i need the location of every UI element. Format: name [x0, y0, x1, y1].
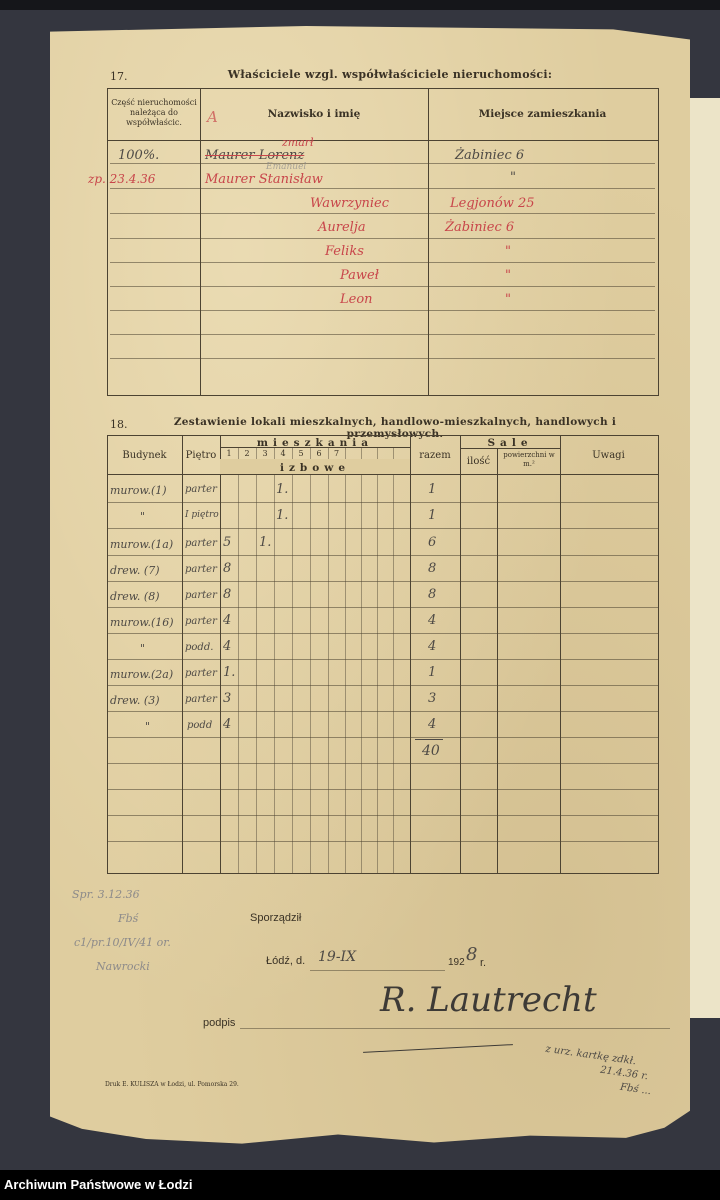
- owner-name-note: Emanuel: [266, 162, 306, 172]
- owner-residence: ": [505, 268, 511, 283]
- owner-name: Paweł: [340, 268, 379, 283]
- row-line: [107, 528, 658, 529]
- row-building: drew. (8): [110, 590, 160, 603]
- col-divider: [460, 435, 461, 873]
- row-rooms-1: 8: [223, 587, 231, 602]
- owner-name: Leon: [340, 292, 373, 307]
- row-building: murow.(1a): [110, 538, 173, 551]
- row-total: 4: [428, 639, 436, 654]
- header-total: razem: [410, 450, 460, 461]
- header-share: Część nieruchomości należąca do współwła…: [110, 98, 198, 128]
- row-line: [107, 737, 658, 738]
- year-suffix: r.: [480, 957, 486, 969]
- row-line: [107, 815, 658, 816]
- row-building: ": [145, 720, 150, 733]
- place-label: Łódź, d.: [266, 955, 305, 967]
- col-divider: [497, 448, 498, 873]
- col-divider: [182, 435, 183, 873]
- row-line: [107, 789, 658, 790]
- row-line: [107, 502, 658, 503]
- binder-top-edge: [0, 0, 720, 10]
- room-col: [274, 447, 275, 873]
- header-remarks: Uwagi: [560, 450, 657, 461]
- row-floor: podd.: [185, 642, 213, 653]
- row-line: [107, 607, 658, 608]
- row-line: [107, 763, 658, 764]
- room-count-5: 5: [292, 449, 310, 458]
- row-line: [107, 581, 658, 582]
- row-total: 4: [428, 613, 436, 628]
- row-line: [110, 358, 655, 359]
- row-line: [110, 262, 655, 263]
- section17-title: Właściciele wzgl. współwłaściciele nieru…: [110, 68, 670, 81]
- row-line: [107, 711, 658, 712]
- room-col: [292, 447, 293, 873]
- row-line: [110, 310, 655, 311]
- owner-name: Maurer Stanisław: [205, 172, 323, 187]
- row-rooms-1: 4: [223, 613, 231, 628]
- owner-residence: ": [505, 244, 511, 259]
- row-total: 8: [428, 587, 436, 602]
- header-floor: Piętro: [182, 450, 220, 461]
- row-line: [107, 685, 658, 686]
- owner-residence: Żabiniec 6: [445, 220, 514, 235]
- owner-name: Feliks: [325, 244, 364, 259]
- row-line: [110, 238, 655, 239]
- col-divider: [410, 435, 411, 873]
- room-count-1: 1: [220, 449, 238, 458]
- pencil-note: Nawrocki: [96, 960, 150, 973]
- col-divider: [220, 435, 221, 873]
- room-col: [393, 447, 394, 873]
- grand-total: 40: [422, 743, 440, 759]
- section18-number: 18.: [110, 418, 128, 431]
- pencil-note: c1/pr.10/IV/41 or.: [74, 936, 171, 949]
- row-floor: parter: [185, 668, 217, 679]
- room-col: [361, 447, 362, 873]
- row-building: drew. (7): [110, 564, 160, 577]
- row-total: 1: [428, 482, 436, 497]
- row-line: [110, 286, 655, 287]
- row-total: 1: [428, 665, 436, 680]
- owners-col-divider: [428, 88, 429, 395]
- room-col: [310, 447, 311, 873]
- header-name: Nazwisko i imię: [200, 108, 428, 120]
- row-line: [107, 659, 658, 660]
- prepared-label: Sporządził: [250, 912, 301, 924]
- col-divider: [560, 435, 561, 873]
- row-floor: podd: [187, 720, 212, 731]
- signature-line: [240, 1028, 670, 1029]
- row-rooms-4: 1.: [276, 482, 288, 497]
- owners-col-divider: [200, 88, 201, 395]
- header-halls: Sale: [460, 437, 560, 449]
- header-halls-count: ilość: [460, 456, 497, 467]
- owner-share: zp. 23.4.36: [88, 172, 155, 186]
- room-count-4: 4: [274, 449, 292, 458]
- sum-line: [415, 739, 443, 740]
- year-digit: 8: [466, 944, 477, 965]
- row-floor: parter: [185, 564, 217, 575]
- header-apartments: mieszkania: [220, 437, 410, 449]
- row-building: murow.(2a): [110, 668, 173, 681]
- owner-name-struck: Maurer Lorenz: [205, 148, 304, 163]
- row-rooms-1: 4: [223, 717, 231, 732]
- row-rooms-4: 1.: [276, 508, 288, 523]
- row-building: murow.(1): [110, 484, 167, 497]
- pencil-note: Fbś: [118, 912, 138, 925]
- row-total: 8: [428, 561, 436, 576]
- room-count-7: 7: [328, 449, 345, 458]
- room-count-6: 6: [310, 449, 328, 458]
- row-line: [107, 555, 658, 556]
- row-rooms-1: 1.: [223, 665, 235, 680]
- header-line: [107, 474, 658, 475]
- pencil-note: Spr. 3.12.36: [72, 888, 140, 901]
- owner-share: 100%.: [118, 148, 159, 163]
- room-count-2: 2: [238, 449, 256, 458]
- row-rooms-1: 8: [223, 561, 231, 576]
- signature-label: podpis: [203, 1017, 235, 1029]
- header-residence: Miejsce zamieszkania: [428, 108, 657, 120]
- row-total: 6: [428, 535, 436, 550]
- owner-name: Wawrzyniec: [310, 196, 389, 211]
- header-halls-area: powierzchni w m.²: [498, 451, 560, 469]
- row-floor: parter: [185, 616, 217, 627]
- archive-name: Archiwum Państwowe w Łodzi: [4, 1177, 193, 1192]
- room-col: [377, 447, 378, 873]
- date-line: [310, 970, 445, 971]
- row-floor: I piętro: [185, 510, 219, 520]
- row-building: ": [140, 510, 145, 523]
- apartments-table: [107, 435, 659, 874]
- row-floor: parter: [185, 538, 217, 549]
- header-rooms: izbowe: [220, 462, 410, 474]
- owner-residence: ": [510, 170, 516, 185]
- row-line: [107, 841, 658, 842]
- row-line: [110, 334, 655, 335]
- room-count-3: 3: [256, 449, 274, 458]
- room-col: [345, 447, 346, 873]
- row-building: ": [140, 642, 145, 655]
- row-line: [110, 188, 655, 189]
- date-value: 19-IX: [318, 949, 356, 965]
- signature: R. Lautrecht: [380, 980, 597, 1020]
- margin-mark: A: [207, 108, 218, 126]
- row-total: 4: [428, 717, 436, 732]
- room-col: [328, 447, 329, 873]
- row-rooms-1: 3: [223, 691, 231, 706]
- row-rooms-1: 4: [223, 639, 231, 654]
- row-line: [110, 163, 655, 164]
- row-floor: parter: [185, 694, 217, 705]
- row-building: murow.(16): [110, 616, 174, 629]
- row-rooms-1: 5: [223, 535, 231, 550]
- printer-credit: Druk E. KULISZA w Łodzi, ul. Pomorska 29…: [105, 1081, 239, 1088]
- row-line: [110, 213, 655, 214]
- room-col: [238, 447, 239, 873]
- owner-residence: Legjonów 25: [450, 196, 535, 211]
- year-prefix: 192: [448, 957, 465, 968]
- row-floor: parter: [185, 590, 217, 601]
- owner-name: Aurelja: [318, 220, 366, 235]
- row-line: [107, 633, 658, 634]
- row-rooms-3: 1.: [259, 535, 271, 550]
- owners-header-line: [107, 140, 658, 141]
- row-floor: parter: [185, 484, 217, 495]
- row-building: drew. (3): [110, 694, 160, 707]
- owner-residence: Żabiniec 6: [455, 148, 524, 163]
- header-building: Budynek: [107, 450, 182, 461]
- owners-table: [107, 88, 659, 396]
- row-total: 1: [428, 508, 436, 523]
- row-total: 3: [428, 691, 436, 706]
- owner-residence: ": [505, 292, 511, 307]
- room-col: [256, 447, 257, 873]
